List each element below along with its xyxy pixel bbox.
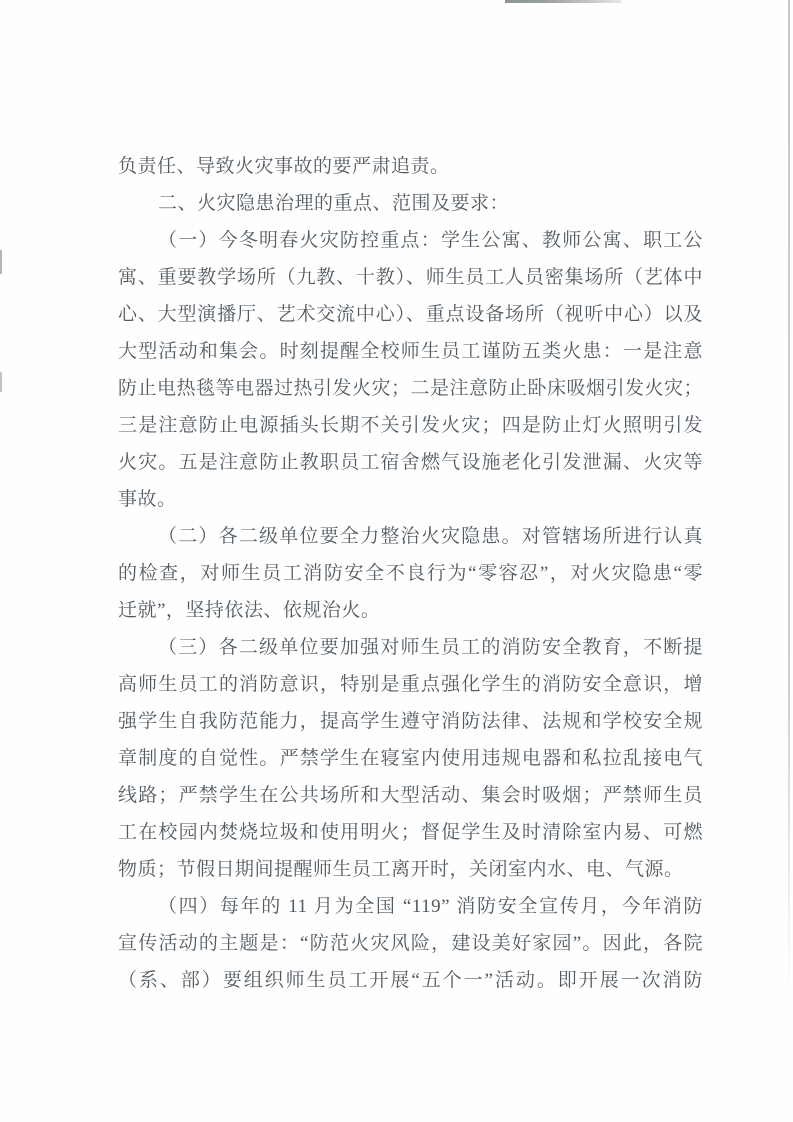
document-page: 负责任、导致火灾事故的要严肃追责。 二、火灾隐患治理的重点、范围及要求： （一）… [0, 0, 793, 1122]
scan-artifact-right-edge [788, 0, 790, 1000]
text-line: 大型活动和集会。时刻提醒全校师生员工谨防五类火患：一是注意 [118, 333, 703, 370]
text-line: 火灾。五是注意防止教职员工宿舍燃气设施老化引发泄漏、火灾等 [118, 444, 703, 481]
text-line: 寓、重要教学场所（九教、十教）、师生员工人员密集场所（艺体中 [118, 259, 703, 296]
text-line-paragraph-end: 事故。 [118, 481, 703, 518]
text-line-paragraph-start: （一）今冬明春火灾防控重点：学生公寓、教师公寓、职工公 [118, 222, 703, 259]
text-line-section-heading: 二、火灾隐患治理的重点、范围及要求： [118, 185, 703, 222]
text-line: 线路；严禁学生在公共场所和大型活动、集会时吸烟；严禁师生员 [118, 777, 703, 814]
text-line: 三是注意防止电源插头长期不关引发火灾；四是防止灯火照明引发 [118, 407, 703, 444]
text-line: （系、部）要组织师生员工开展“五个一”活动。即开展一次消防 [118, 962, 703, 999]
text-line: 的检查，对师生员工消防安全不良行为“零容忍”，对火灾隐患“零 [118, 555, 703, 592]
text-line-paragraph-end: 物质；节假日期间提醒师生员工离开时，关闭室内水、电、气源。 [118, 851, 703, 888]
document-text-block: 负责任、导致火灾事故的要严肃追责。 二、火灾隐患治理的重点、范围及要求： （一）… [118, 148, 703, 999]
scan-artifact-top-edge [505, 0, 621, 3]
text-line-paragraph-start: （二）各二级单位要全力整治火灾隐患。对管辖场所进行认真 [118, 518, 703, 555]
text-line-paragraph-start: （四）每年的 11 月为全国 “119” 消防安全宣传月，今年消防 [118, 888, 703, 925]
text-line: 强学生自我防范能力，提高学生遵守消防法律、法规和学校安全规 [118, 703, 703, 740]
text-line-paragraph-end: 迁就”，坚持依法、依规治火。 [118, 592, 703, 629]
text-line: 防止电热毯等电器过热引发火灾；二是注意防止卧床吸烟引发火灾； [118, 370, 703, 407]
text-line-paragraph-end: 负责任、导致火灾事故的要严肃追责。 [118, 148, 703, 185]
text-line: 高师生员工的消防意识，特别是重点强化学生的消防安全意识，增 [118, 666, 703, 703]
scan-artifact-left-mark [0, 250, 2, 274]
text-line: 章制度的自觉性。严禁学生在寝室内使用违规电器和私拉乱接电气 [118, 740, 703, 777]
text-line: 宣传活动的主题是：“防范火灾风险，建设美好家园”。因此，各院 [118, 925, 703, 962]
scan-artifact-left-mark [0, 372, 2, 392]
text-line-paragraph-start: （三）各二级单位要加强对师生员工的消防安全教育，不断提 [118, 629, 703, 666]
text-line: 工在校园内焚烧垃圾和使用明火；督促学生及时清除室内易、可燃 [118, 814, 703, 851]
text-line: 心、大型演播厅、艺术交流中心）、重点设备场所（视听中心）以及 [118, 296, 703, 333]
